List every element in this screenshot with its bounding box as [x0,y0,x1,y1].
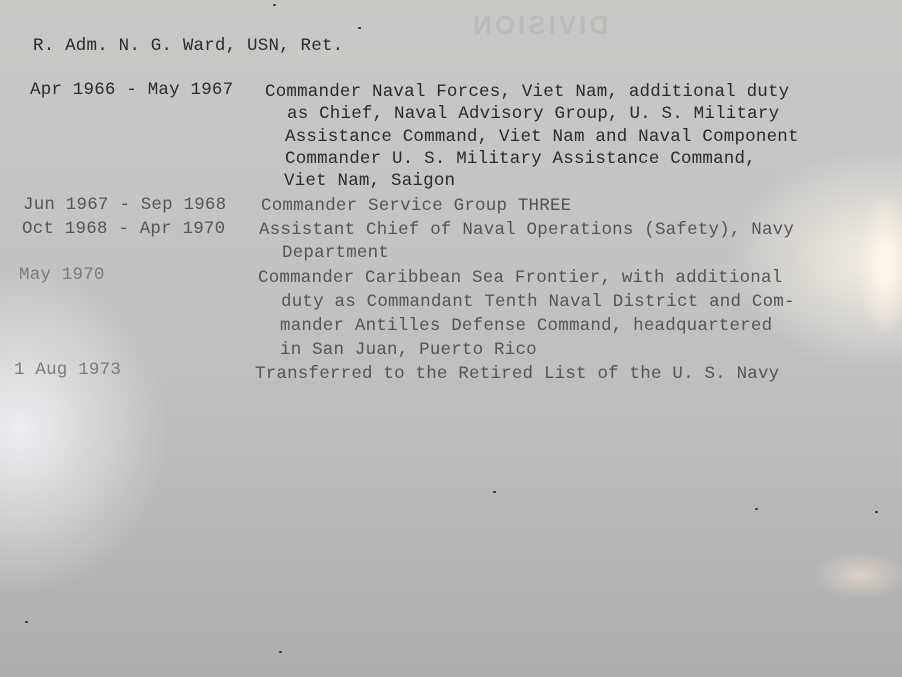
entry-dates: 1 Aug 1973 [14,362,121,380]
officer-name: R. Adm. N. G. Ward, USN, Ret. [33,38,343,56]
light-glare [860,195,902,335]
entry-text-line: as Chief, Naval Advisory Group, U. S. Mi… [287,106,779,124]
entry-text-line: Transferred to the Retired List of the U… [255,366,779,384]
dust-speck [25,621,28,623]
dust-speck [493,491,496,493]
entry-text-line: duty as Commandant Tenth Naval District … [281,294,795,312]
entry-dates: May 1970 [19,267,105,285]
entry-dates: Oct 1968 - Apr 1970 [22,221,225,239]
bleed-through-heading: DIVISION [470,10,608,41]
entry-text-line: Department [282,245,389,263]
entry-text-line: Assistance Command, Viet Nam and Naval C… [285,129,799,147]
dust-speck [358,27,361,29]
dust-speck [279,651,282,653]
entry-text-line: Commander Naval Forces, Viet Nam, additi… [265,84,789,102]
entry-dates: Jun 1967 - Sep 1968 [23,197,226,215]
entry-dates: Apr 1966 - May 1967 [30,82,233,100]
entry-text-line: Commander Caribbean Sea Frontier, with a… [258,270,782,288]
entry-text-line: Commander Service Group THREE [261,198,571,216]
dust-speck [273,4,276,6]
dust-speck [755,508,758,510]
entry-text-line: Viet Nam, Saigon [284,173,455,191]
entry-text-line: Assistant Chief of Naval Operations (Saf… [259,222,794,240]
entry-text-line: in San Juan, Puerto Rico [280,342,537,360]
entry-text-line: mander Antilles Defense Command, headqua… [280,318,772,336]
entry-text-line: Commander U. S. Military Assistance Comm… [285,151,756,169]
dust-speck [875,511,878,513]
